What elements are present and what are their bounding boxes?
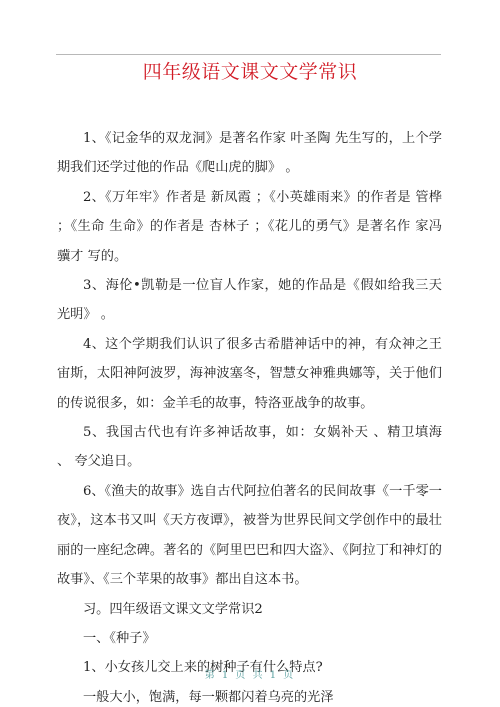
section-heading-2: 习。四年级语文课文文学常识2 — [57, 595, 442, 624]
paragraph-3: 3、海伦•凯勒是一位盲人作家，她的作品是《假如给我三天光明》 。 — [57, 271, 442, 330]
paragraph-6: 6、《渔夫的故事》选自古代阿拉伯著名的民间故事《一千零一夜》，这本书又叫《天方夜… — [57, 477, 442, 595]
paragraph-2: 2、《万年牢》作者是 新凤霞 ；《小英雄雨来》的作者是 管桦 ；《生命 生命》的… — [57, 183, 442, 271]
answer-1: 一般大小，饱满，每一颗都闪着乌亮的光泽 — [57, 683, 442, 707]
subsection-heading-seed: 一、《种子》 — [57, 624, 442, 653]
paragraph-1: 1、《记金华的双龙洞》是著名作家 叶圣陶 先生写的，上个学期我们还学过他的作品《… — [57, 124, 442, 183]
paragraph-5: 5、我国古代也有许多神话故事，如：女娲补天 、精卫填海 、 夸父追日。 — [57, 418, 442, 477]
document-title: 四年级语文课文文学常识 — [0, 57, 500, 84]
page-footer: 第 1 页 共 1 页 — [0, 666, 500, 681]
paragraph-4: 4、这个学期我们认识了很多古希腊神话中的神，有众神之王宙斯，太阳神阿波罗，海神波… — [57, 330, 442, 418]
document-body: 1、《记金华的双龙洞》是著名作家 叶圣陶 先生写的，上个学期我们还学过他的作品《… — [57, 124, 442, 707]
header-rule — [56, 54, 441, 55]
